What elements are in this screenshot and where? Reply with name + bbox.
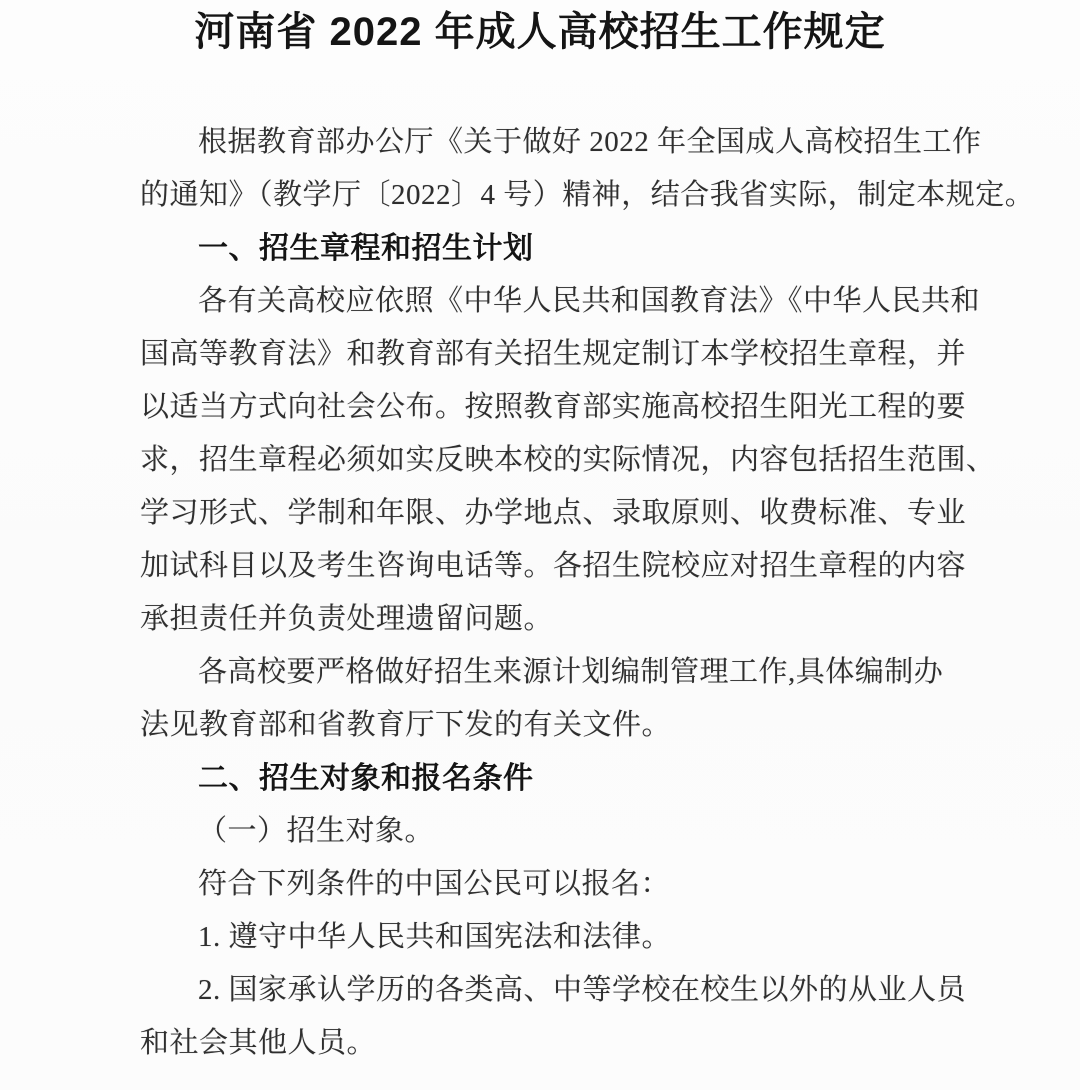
doc-line: 求，招生章程必须如实反映本校的实际情况，内容包括招生范围、 (140, 434, 960, 487)
doc-line: 法见教育部和省教育厅下发的有关文件。 (140, 699, 960, 752)
document-title: 河南省 2022 年成人高校招生工作规定 (0, 8, 1080, 56)
doc-line: 各有关高校应依照《中华人民共和国教育法》《中华人民共和 (140, 275, 960, 328)
document-body: 根据教育部办公厅《关于做好 2022 年全国成人高校招生工作 的通知》（教学厅〔… (0, 116, 1080, 1070)
doc-line: 学习形式、学制和年限、办学地点、录取原则、收费标准、专业 (140, 487, 960, 540)
section-heading-1: 一、招生章程和招生计划 (140, 222, 960, 275)
doc-line: 1. 遵守中华人民共和国宪法和法律。 (140, 911, 960, 964)
doc-line: 各高校要严格做好招生来源计划编制管理工作,具体编制办 (140, 646, 960, 699)
doc-line: 加试科目以及考生咨询电话等。各招生院校应对招生章程的内容 (140, 540, 960, 593)
doc-line: 和社会其他人员。 (140, 1017, 960, 1070)
doc-line: 承担责任并负责处理遗留问题。 (140, 593, 960, 646)
doc-line: 2. 国家承认学历的各类高、中等学校在校生以外的从业人员 (140, 964, 960, 1017)
section-heading-2: 二、招生对象和报名条件 (140, 752, 960, 805)
doc-line: 国高等教育法》和教育部有关招生规定制订本学校招生章程，并 (140, 328, 960, 381)
doc-line: 根据教育部办公厅《关于做好 2022 年全国成人高校招生工作 (140, 116, 960, 169)
doc-line: 以适当方式向社会公布。按照教育部实施高校招生阳光工程的要 (140, 381, 960, 434)
doc-line: （一）招生对象。 (140, 805, 960, 858)
doc-line: 符合下列条件的中国公民可以报名： (140, 858, 960, 911)
document-page: 河南省 2022 年成人高校招生工作规定 根据教育部办公厅《关于做好 2022 … (0, 0, 1080, 1090)
doc-line: 的通知》（教学厅〔2022〕4 号）精神，结合我省实际，制定本规定。 (140, 169, 960, 222)
